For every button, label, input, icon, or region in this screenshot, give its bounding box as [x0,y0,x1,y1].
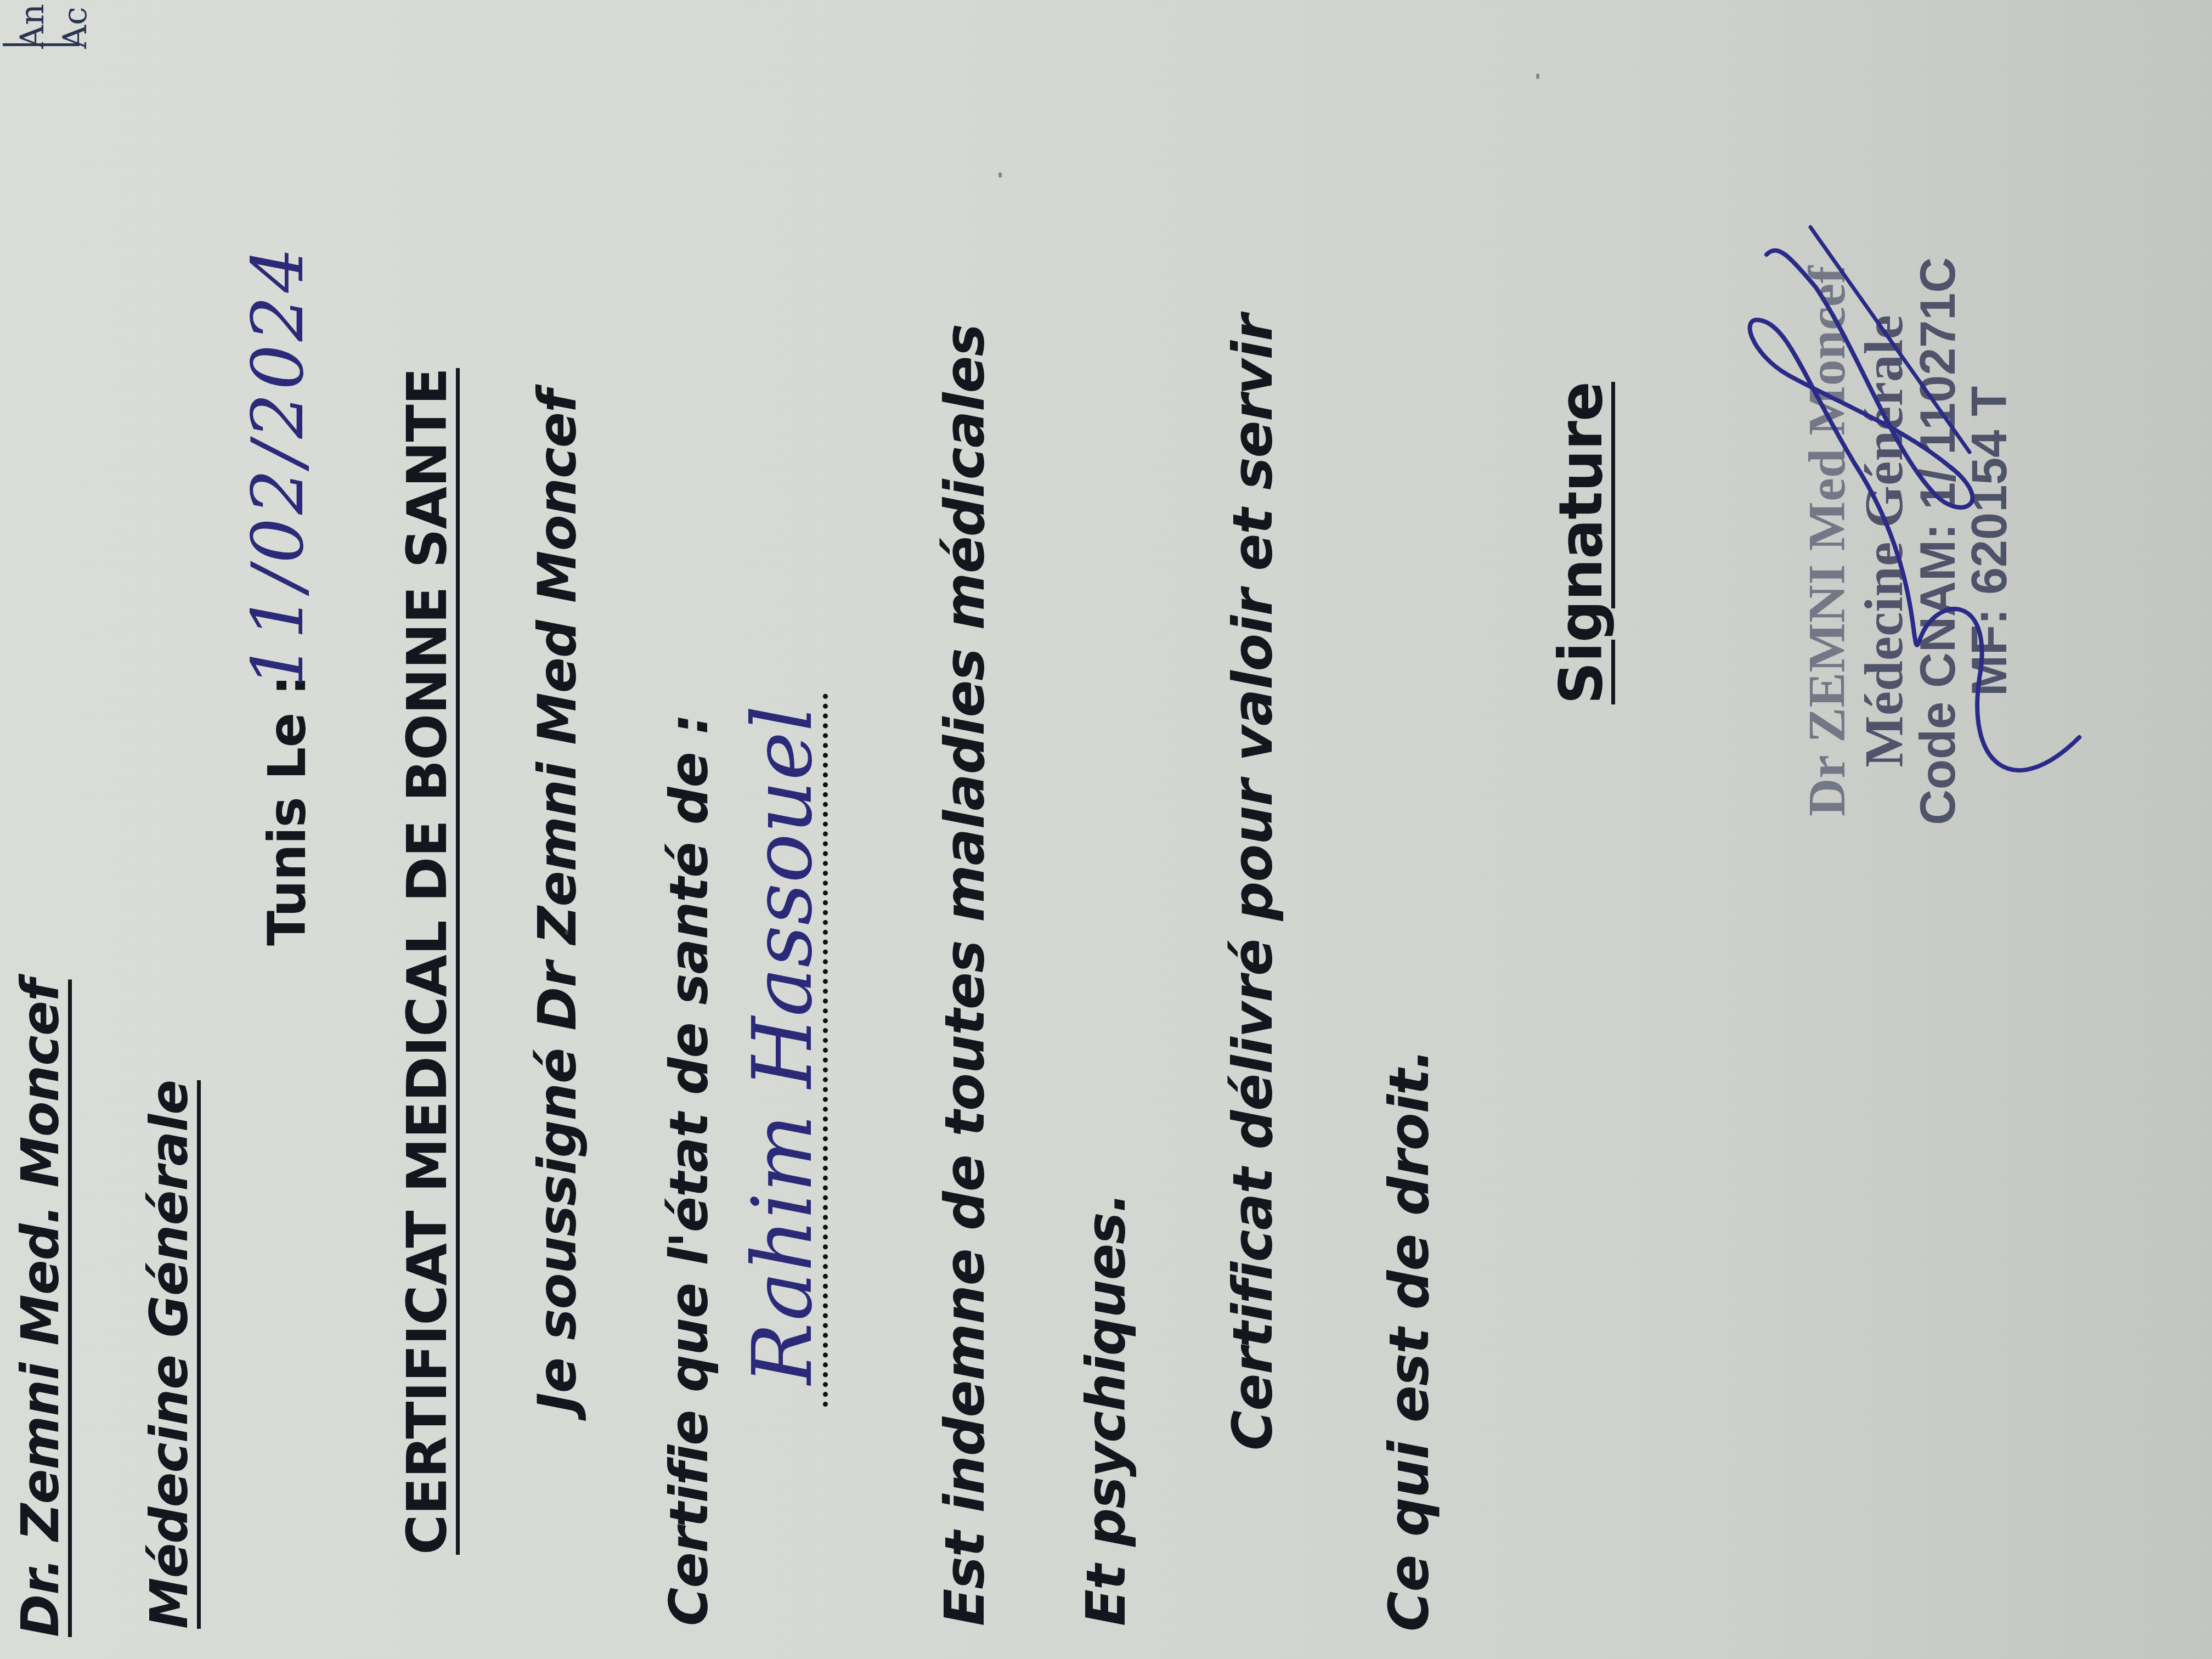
letterhead-divider [3,43,80,46]
specialty-header: Médecine Générale [140,1080,200,1629]
line-certify: Certifie que l'état de santé de : [658,714,720,1626]
certificate-title: CERTIFICAT MEDICAL DE BONNE SANTE [395,368,459,1555]
paper-speck [1536,74,1539,79]
signature-label: Signature [1547,382,1616,704]
paper-speck [998,172,1002,178]
line-exempt: Est indemne de toutes maladies médicales [933,324,997,1626]
doctor-name-header: Dr. Zemni Med. Moncef [11,979,71,1637]
signature-scribble-icon [1728,189,2112,902]
date-label: Tunis Le : [258,676,318,946]
line-psych: Et psychiques. [1075,1193,1138,1626]
paper-speck [565,929,568,935]
patient-name-handwritten: Rahim Hassouel [735,706,831,1385]
line-undersigned: Je soussigné Dr Zemni Med Moncef [527,390,588,1412]
line-closing: Ce qui est de droit. [1377,1049,1441,1632]
line-delivered: Certificat délivré pour valoir et servir [1221,315,1285,1451]
letterhead-right-partial: An Ac [11,4,97,49]
medical-certificate: An Ac Dr. Zemni Med. Moncef Médecine Gén… [0,0,2212,1659]
date-handwritten: 11/02/2024 [236,244,319,688]
